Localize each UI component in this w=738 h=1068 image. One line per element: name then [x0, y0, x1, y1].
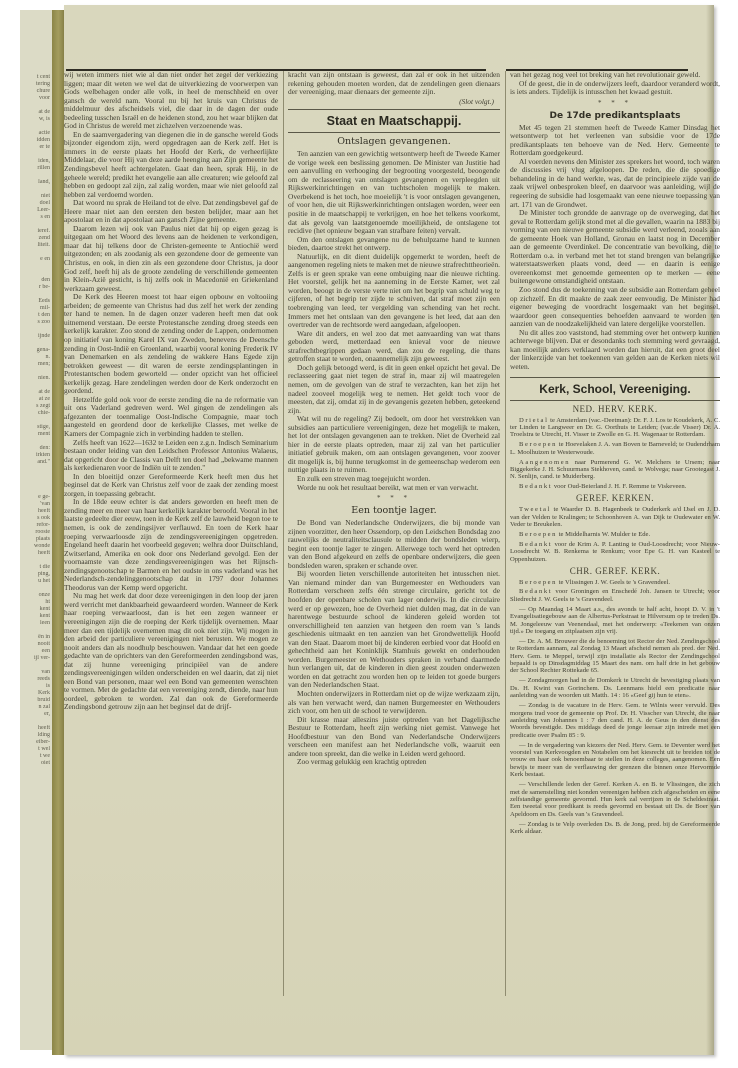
paragraph: De Bond van Nederlandsche Onderwijzers, … [288, 519, 500, 570]
adjacent-page-fragment [20, 291, 52, 298]
adjacent-page-fragment: t we [20, 753, 52, 760]
paragraph: Worde nu ook het resultaat bereikt, wat … [288, 484, 500, 493]
adjacent-page-fragment: ht [20, 599, 52, 606]
paragraph: Ware dit anders, en wel zoo dat met aanv… [288, 330, 500, 364]
adjacent-page-fragment: eiber- [20, 739, 52, 746]
paragraph: En de saamvergadering van diegenen die i… [64, 131, 278, 199]
adjacent-page-fragment: u het [20, 578, 52, 585]
adjacent-page-fragment [20, 662, 52, 669]
separator-asterisks: * * * [288, 495, 500, 502]
paragraph: Nu mag het werk dat door deze vereenigin… [64, 592, 278, 712]
adjacent-page-fragment [20, 473, 52, 480]
news-item: — In de vergadering van kiezers der Ned.… [510, 742, 720, 779]
section-title-kerk-school-vereeniging: Kerk, School, Vereeniging. [510, 381, 720, 397]
article-title-ontslagen-gevangenen: Ontslagen gevangenen. [288, 136, 500, 148]
adjacent-page-fragment: doel [20, 200, 52, 207]
adjacent-page-fragment: r be- [20, 284, 52, 291]
adjacent-page-fragment [20, 263, 52, 270]
adjacent-page-fragment: e en [20, 256, 52, 263]
adjacent-page-fragment [20, 627, 52, 634]
column-2-continuation: kracht van zijn ontstaan is geweest, dan… [288, 71, 500, 97]
adjacent-page-fragment: n. [20, 354, 52, 361]
adjacent-page-fragment [20, 382, 52, 389]
adjacent-page-fragment: reeds [20, 676, 52, 683]
adjacent-page-fragment: n zal [20, 704, 52, 711]
paragraph: Wat wil nu de regeling? Zij bedoelt, om … [288, 415, 500, 475]
adjacent-page-fragment: zend [20, 235, 52, 242]
adjacent-page-fragment: stige, [20, 424, 52, 431]
section-rule [288, 132, 500, 133]
news-item: — Zondag is te Velp overleden Ds. B. de … [510, 821, 720, 836]
adjacent-page-fragment: van [20, 669, 52, 676]
columns: wij weten immers niet wie al dan niet on… [64, 71, 684, 991]
paragraph: De Kerk des Heeren moest tot haar eigen … [64, 293, 278, 396]
paragraph: De Minister toch grondde de aanvrage op … [510, 209, 720, 286]
adjacent-page-fragment: chure [20, 88, 52, 95]
adjacent-page-fragment: iden, [20, 158, 52, 165]
adjacent-page-fragment: heeft [20, 550, 52, 557]
adjacent-page-fragment [20, 186, 52, 193]
paragraph: Dit krasse maar alleszins juiste optrede… [288, 716, 500, 759]
adjacent-page-fragment [20, 172, 52, 179]
adjacent-page-fragment [20, 123, 52, 130]
paragraph: Nu dit alles zoo vaststond, had stemming… [510, 329, 720, 372]
news-item: — Verschillende leden der Geref. Kerken … [510, 781, 720, 818]
adjacent-page-fragment: ieref. [20, 228, 52, 235]
adjacent-page-fragment: at de [20, 389, 52, 396]
adjacent-page-fragment: is [20, 683, 52, 690]
section-rule [288, 109, 500, 110]
adjacent-page-fragment [20, 466, 52, 473]
adjacent-page-fragment: 'van [20, 501, 52, 508]
adjacent-page-fragment: Kerk [20, 690, 52, 697]
church-denomination-heading: NED. HERV. KERK. [510, 404, 720, 415]
adjacent-page-fragment: niet [20, 193, 52, 200]
adjacent-page-fragment: den [20, 277, 52, 284]
adjacent-page-fragment: e ge- [20, 494, 52, 501]
adjacent-page-fragment [20, 585, 52, 592]
church-announcement: Tweetal te Waarder D. B. Hagenbeek te Ou… [510, 506, 720, 528]
adjacent-page-fragment: at de [20, 109, 52, 116]
adjacent-page-fragment: Leer- [20, 207, 52, 214]
column-1-mission-article: wij weten immers niet wie al dan niet on… [64, 71, 278, 1006]
paragraph: Daarom lezen wij ook van Paulus niet dat… [64, 225, 278, 293]
announcement-label: Drietal [519, 417, 549, 424]
paragraph: wij weten immers niet wie al dan niet on… [64, 71, 278, 131]
church-announcement: Drietal te Amsterdam (vac.-Deetman): Dr.… [510, 417, 720, 439]
adjacent-page-fragment: land, [20, 179, 52, 186]
section-rule [510, 377, 720, 378]
adjacent-page-fragment [20, 221, 52, 228]
paragraph: Mochten onderwijzers in Rotterdam niet o… [288, 690, 500, 716]
church-announcement: Bedankt voor de Krim A. P. Lanting te Ou… [510, 541, 720, 563]
article-title-een-toontje-lager: Een toontje lager. [288, 505, 500, 517]
adjacent-page-fragment: refor- [20, 522, 52, 529]
adjacent-page-fragment: s en [20, 214, 52, 221]
paragraph: Zoo vermag gelukkig een krachtig optrede… [288, 758, 500, 767]
paragraph: Ten aanzien van een gewichtig wetsontwer… [288, 150, 500, 235]
section-rule [510, 400, 720, 401]
paragraph: Natuurlijk, en dit dient duidelijk opgem… [288, 253, 500, 330]
adjacent-page-fragment: gena- [20, 347, 52, 354]
church-announcements: NED. HERV. KERK.Drietal te Amsterdam (va… [510, 404, 720, 604]
adjacent-page-fragment [20, 417, 52, 424]
paragraph: Bij woorden lieten verschillende autorit… [288, 570, 500, 690]
article-body-een-toontje-lager: De Bond van Nederlandsche Onderwijzers, … [288, 519, 500, 767]
adjacent-page-fragment: actie [20, 130, 52, 137]
adjacent-page-fragment: rillen [20, 165, 52, 172]
paragraph: Hetzelfde gold ook voor de eerste zendin… [64, 396, 278, 439]
paragraph: Dat woord nu sprak de Heiland tot de elv… [64, 199, 278, 225]
adjacent-page-fragment: heeft [20, 508, 52, 515]
adjacent-page-fragment: liteit. [20, 242, 52, 249]
adjacent-page-fragment: irkten [20, 452, 52, 459]
adjacent-page-fragment: er te [20, 144, 52, 151]
church-announcement: Aangenomen naar Purmerend G. W. Melchers… [510, 459, 720, 481]
adjacent-page-fragment [20, 487, 52, 494]
church-announcement: Bedankt voor Oud-Beierland J. H. F. Remm… [510, 483, 720, 490]
paragraph: In den bloeitijd onzer Gereformeerde Ker… [64, 473, 278, 499]
adjacent-page-fragment: ën in [20, 634, 52, 641]
church-announcement: Beroepen te Vlissingen J. W. Geels te 's… [510, 579, 720, 586]
adjacent-page-fragment [20, 326, 52, 333]
adjacent-page-fragment: Eeds [20, 298, 52, 305]
adjacent-page-fragment: oiet [20, 760, 52, 767]
adjacent-page-fragment: lding [20, 732, 52, 739]
adjacent-page-fragment [20, 557, 52, 564]
adjacent-page-fragment: idden [20, 137, 52, 144]
paragraph: In de 18de eeuw echter is dat anders gew… [64, 498, 278, 592]
adjacent-page-fragment: tering [20, 81, 52, 88]
adjacent-page-fragment: heeft [20, 725, 52, 732]
church-news-items: — Op Maandag 14 Maart a.s., des avonds t… [510, 606, 720, 836]
adjacent-page-fragment: plaats [20, 536, 52, 543]
announcement-label: Beroepen [519, 441, 557, 448]
section-title-staat-en-maatschappij: Staat en Maatschappij. [288, 113, 500, 129]
adjacent-page-fragment: nien. [20, 375, 52, 382]
adjacent-page-fragment: onze [20, 592, 52, 599]
adjacent-page-fragment [20, 151, 52, 158]
adjacent-page-fragment [20, 438, 52, 445]
adjacent-page-text-fragments: t centteringchurevoor at dew, is actieid… [20, 10, 52, 767]
adjacent-page-fragment: nooit [20, 641, 52, 648]
paragraph: Zoo stond dus de toekenning van de subsi… [510, 286, 720, 329]
announcement-label: Beroepen [519, 579, 557, 586]
adjacent-page-fragment: leen [20, 620, 52, 627]
adjacent-page-fragment: er, [20, 711, 52, 718]
adjacent-page-fragment: and." [20, 459, 52, 466]
adjacent-page-fragment [20, 718, 52, 725]
adjacent-page-fragment: den: [20, 445, 52, 452]
column-3: van het gezag nog veel tot breking van h… [510, 71, 720, 1006]
church-announcement: Beroepen te Hoevelaken J. A. van Boven t… [510, 441, 720, 456]
adjacent-page-fragment: w, is [20, 116, 52, 123]
adjacent-page-fragment: ijl ver- [20, 655, 52, 662]
paragraph: Doch gelijk betoogd werd, is dit in geen… [288, 364, 500, 415]
adjacent-page-fragment [20, 368, 52, 375]
newspaper-page: wij weten immers niet wie al dan niet on… [64, 5, 714, 1055]
adjacent-page-fragment: voor [20, 95, 52, 102]
news-item: — Dr. A. M. Brouwer die de benoeming tot… [510, 638, 720, 675]
separator-asterisks: * * * [510, 100, 720, 107]
adjacent-page-fragment: t die [20, 564, 52, 571]
church-announcement: Bedankt voor Groningen en Enschedé Joh. … [510, 588, 720, 603]
adjacent-page-fragment: chie- [20, 410, 52, 417]
adjacent-page-edge: t centteringchurevoor at dew, is actieid… [20, 10, 52, 1050]
to-be-continued-note: (Slot volgt.) [288, 98, 494, 107]
adjacent-page-fragment: ping, [20, 571, 52, 578]
adjacent-page-fragment: s zoo [20, 319, 52, 326]
adjacent-page-fragment: ment [20, 431, 52, 438]
adjacent-page-fragment: kent [20, 606, 52, 613]
adjacent-page-fragment: at ze [20, 396, 52, 403]
article-body-17de-predikantsplaats: Met 45 tegen 21 stemmen heeft de Tweede … [510, 124, 720, 372]
announcement-label: Bedankt [519, 483, 552, 490]
adjacent-page-fragment: t cent [20, 74, 52, 81]
article-title-17de-predikantsplaats: De 17de predikantsplaats [510, 110, 720, 122]
adjacent-page-fragment: wonde [20, 543, 52, 550]
adjacent-page-fragment: s ook [20, 515, 52, 522]
adjacent-page-fragment [20, 340, 52, 347]
adjacent-page-fragment [20, 270, 52, 277]
adjacent-page-fragment: t den [20, 312, 52, 319]
news-item: — Zondagmorgen had in de Domkerk te Utre… [510, 677, 720, 699]
announcement-label: Bedankt [519, 541, 552, 548]
church-announcement: Beroepen te Middelharnis W. Mulder te Ed… [510, 531, 720, 538]
adjacent-page-fragment: een [20, 648, 52, 655]
announcement-label: Beroepen [519, 531, 557, 538]
adjacent-page-fragment [20, 249, 52, 256]
news-item: — Op Maandag 14 Maart a.s., des avonds t… [510, 606, 720, 636]
adjacent-page-fragment: s zegt [20, 403, 52, 410]
paragraph: Zelfs heeft van 1622—1632 te Leiden een … [64, 439, 278, 473]
column-3-continuation: van het gezag nog veel tot breking van h… [510, 71, 720, 97]
announcement-label: Tweetal [519, 506, 551, 513]
adjacent-page-fragment: t wel [20, 746, 52, 753]
paragraph: Met 45 tegen 21 stemmen heeft de Tweede … [510, 124, 720, 158]
church-denomination-heading: GEREF. KERKEN. [510, 493, 720, 504]
announcement-label: Aangenomen [519, 459, 570, 466]
church-denomination-heading: CHR. GEREF. KERK. [510, 566, 720, 577]
news-item: — Zondag is de vacature in de Herv. Gem.… [510, 702, 720, 739]
announcement-label: Bedankt [519, 588, 552, 595]
adjacent-page-fragment: ijnde [20, 333, 52, 340]
column-2: kracht van zijn ontstaan is geweest, dan… [288, 71, 500, 1006]
paragraph: Of de geest, die in de onderwijzers leef… [510, 80, 720, 97]
adjacent-page-fragment: kent [20, 613, 52, 620]
paragraph: Al voerden nevens den Minister zes sprek… [510, 158, 720, 209]
adjacent-page-fragment: bruid [20, 697, 52, 704]
adjacent-page-fragment [20, 480, 52, 487]
article-body-ontslagen-gevangenen: Ten aanzien van een gewichtig wetsontwer… [288, 150, 500, 492]
adjacent-page-fragment: men; [20, 361, 52, 368]
adjacent-page-fragment [20, 102, 52, 109]
adjacent-page-fragment: mil- [20, 305, 52, 312]
adjacent-page-fragment: rooste [20, 529, 52, 536]
paragraph: Om den ontslagen gevangene nu de behulpz… [288, 236, 500, 253]
